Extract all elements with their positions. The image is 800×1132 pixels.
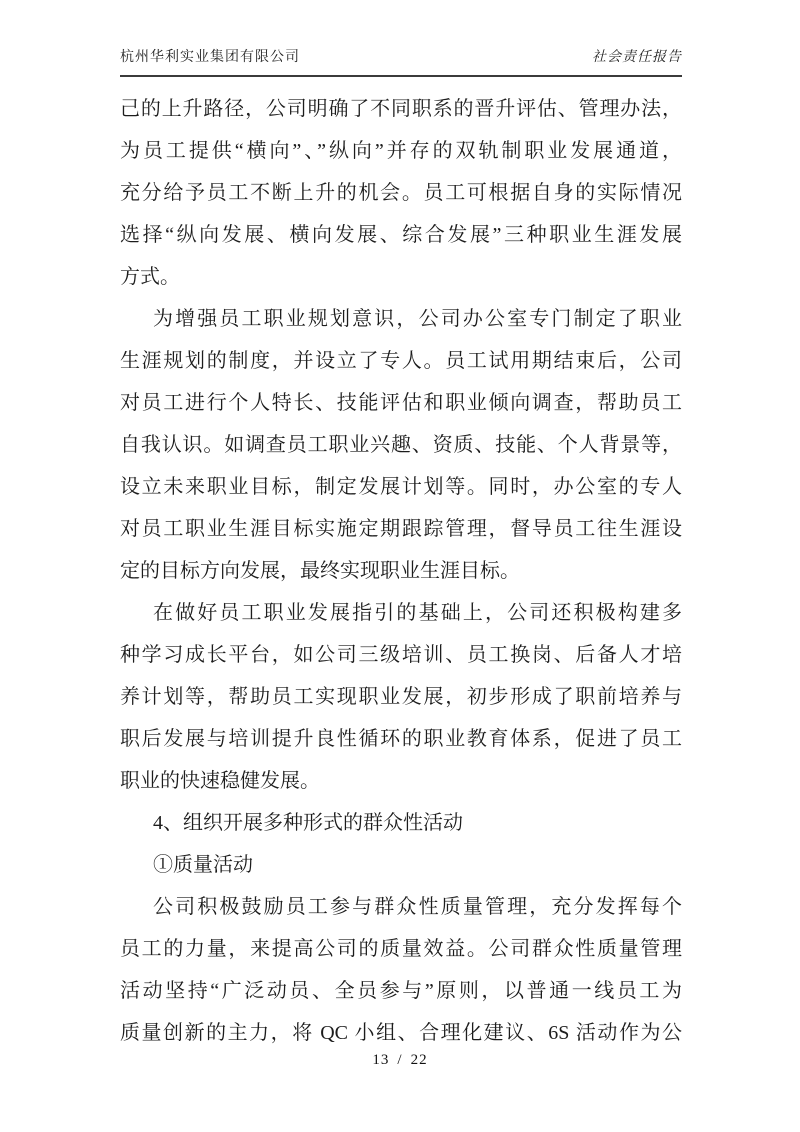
heading-line: ①质量活动	[120, 844, 682, 886]
paragraph: 己的上升路径，公司明确了不同职系的晋升评估、管理办法， 为员工提供“横向”、”纵…	[120, 88, 682, 298]
text-line: 方式。	[120, 256, 682, 298]
page-number-indicator: 13/22	[0, 1052, 800, 1069]
text-line: 定的目标方向发展，最终实现职业生涯目标。	[120, 550, 682, 592]
text-line: 公司积极鼓励员工参与群众性质量管理，充分发挥每个	[120, 886, 682, 928]
text-line: 为员工提供“横向”、”纵向”并存的双轨制职业发展通道，	[120, 130, 682, 172]
text-line: 选择“纵向发展、横向发展、综合发展”三种职业生涯发展	[120, 214, 682, 256]
section-heading: 4、组织开展多种形式的群众性活动	[120, 802, 682, 844]
page-header: 杭州华利实业集团有限公司 社会责任报告	[120, 46, 682, 77]
text-line: 活动坚持“广泛动员、全员参与”原则，以普通一线员工为	[120, 970, 682, 1012]
paragraph: 在做好员工职业发展指引的基础上，公司还积极构建多 种学习成长平台，如公司三级培训…	[120, 592, 682, 802]
text-line: 为增强员工职业规划意识，公司办公室专门制定了职业	[120, 298, 682, 340]
text-line: 设立未来职业目标，制定发展计划等。同时，办公室的专人	[120, 466, 682, 508]
text-line: 职业的快速稳健发展。	[120, 760, 682, 802]
document-page: 杭州华利实业集团有限公司 社会责任报告 己的上升路径，公司明确了不同职系的晋升评…	[0, 0, 800, 1132]
text-line: 自我认识。如调查员工职业兴趣、资质、技能、个人背景等，	[120, 424, 682, 466]
text-line: 生涯规划的制度，并设立了专人。员工试用期结束后，公司	[120, 340, 682, 382]
text-line: 种学习成长平台，如公司三级培训、员工换岗、后备人才培	[120, 634, 682, 676]
paragraph: 为增强员工职业规划意识，公司办公室专门制定了职业 生涯规划的制度，并设立了专人。…	[120, 298, 682, 592]
page-body: 己的上升路径，公司明确了不同职系的晋升评估、管理办法， 为员工提供“横向”、”纵…	[120, 88, 682, 1054]
text-line: 养计划等，帮助员工实现职业发展，初步形成了职前培养与	[120, 676, 682, 718]
sub-heading: ①质量活动	[120, 844, 682, 886]
text-line: 对员工进行个人特长、技能评估和职业倾向调查，帮助员工	[120, 382, 682, 424]
current-page-number: 13	[372, 1052, 389, 1068]
company-name: 杭州华利实业集团有限公司	[120, 46, 300, 66]
report-title: 社会责任报告	[592, 46, 682, 66]
paragraph: 公司积极鼓励员工参与群众性质量管理，充分发挥每个 员工的力量，来提高公司的质量效…	[120, 886, 682, 1054]
heading-line: 4、组织开展多种形式的群众性活动	[120, 802, 682, 844]
text-line: 职后发展与培训提升良性循环的职业教育体系，促进了员工	[120, 718, 682, 760]
text-line: 己的上升路径，公司明确了不同职系的晋升评估、管理办法，	[120, 88, 682, 130]
total-page-count: 22	[411, 1052, 428, 1068]
text-line: 对员工职业生涯目标实施定期跟踪管理，督导员工往生涯设	[120, 508, 682, 550]
text-line: 充分给予员工不断上升的机会。员工可根据自身的实际情况	[120, 172, 682, 214]
text-line: 在做好员工职业发展指引的基础上，公司还积极构建多	[120, 592, 682, 634]
text-line: 员工的力量，来提高公司的质量效益。公司群众性质量管理	[120, 928, 682, 970]
text-line: 质量创新的主力，将 QC 小组、合理化建议、6S 活动作为公	[120, 1012, 682, 1054]
page-number-separator: /	[397, 1052, 402, 1068]
